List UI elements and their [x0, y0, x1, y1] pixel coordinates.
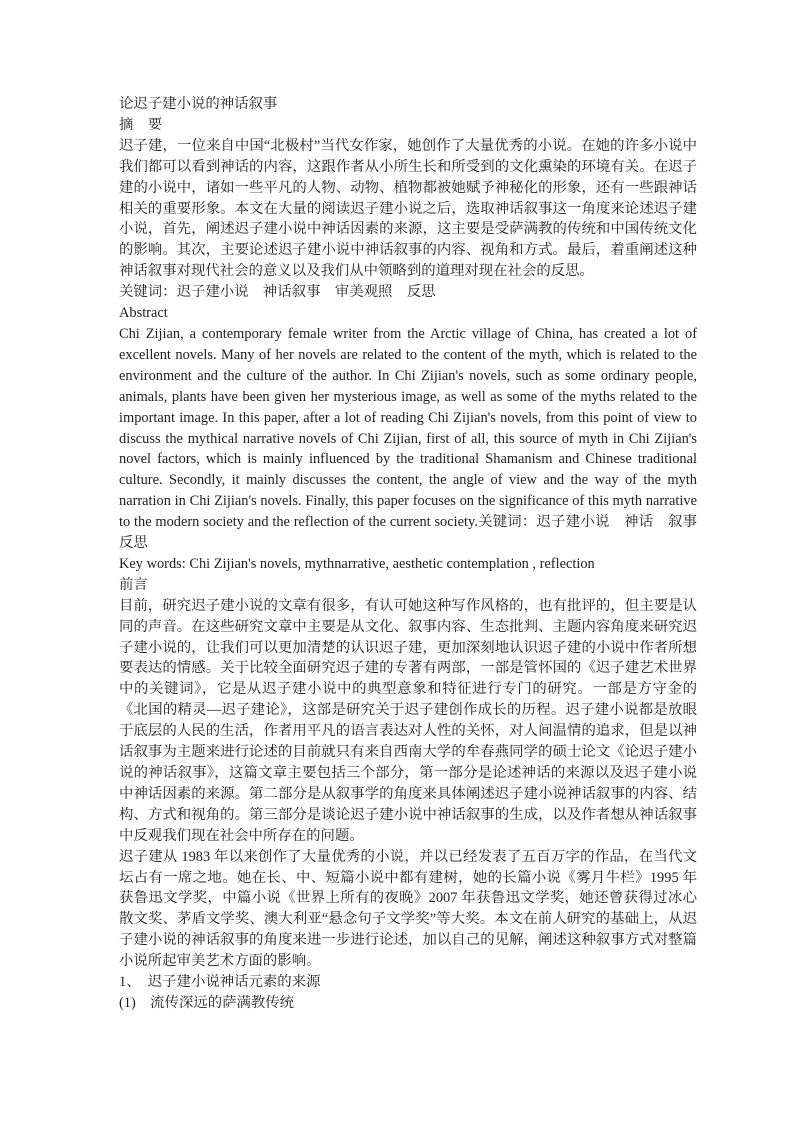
- section-heading-1-1: (1) 流传深远的萨满教传统: [119, 993, 697, 1014]
- abstract-cn-text: 迟子建，一位来自中国“北极村”当代女作家，她创作了大量优秀的小说。在她的许多小说…: [119, 136, 697, 282]
- keywords-en: Key words: Chi Zijian's novels, mythnarr…: [119, 554, 697, 575]
- preface-label: 前言: [119, 575, 697, 596]
- abstract-cn-label: 摘 要: [119, 115, 697, 136]
- preface-paragraph-2: 迟子建从 1983 年以来创作了大量优秀的小说，并以已经发表了五百万字的作品，在…: [119, 847, 697, 972]
- document-title: 论迟子建小说的神话叙事: [119, 94, 697, 115]
- abstract-en-label: Abstract: [119, 303, 697, 324]
- document-body: 论迟子建小说的神话叙事 摘 要 迟子建，一位来自中国“北极村”当代女作家，她创作…: [119, 94, 697, 1014]
- document-page: 论迟子建小说的神话叙事 摘 要 迟子建，一位来自中国“北极村”当代女作家，她创作…: [0, 0, 793, 1122]
- preface-paragraph-1: 目前，研究迟子建小说的文章有很多，有认可她这种写作风格的，也有批评的，但主要是认…: [119, 596, 697, 847]
- section-heading-1: 1、 迟子建小说神话元素的来源: [119, 972, 697, 993]
- keywords-cn: 关键词：迟子建小说 神话叙事 审美观照 反思: [119, 282, 697, 303]
- abstract-en-text: Chi Zijian, a contemporary female writer…: [119, 324, 697, 554]
